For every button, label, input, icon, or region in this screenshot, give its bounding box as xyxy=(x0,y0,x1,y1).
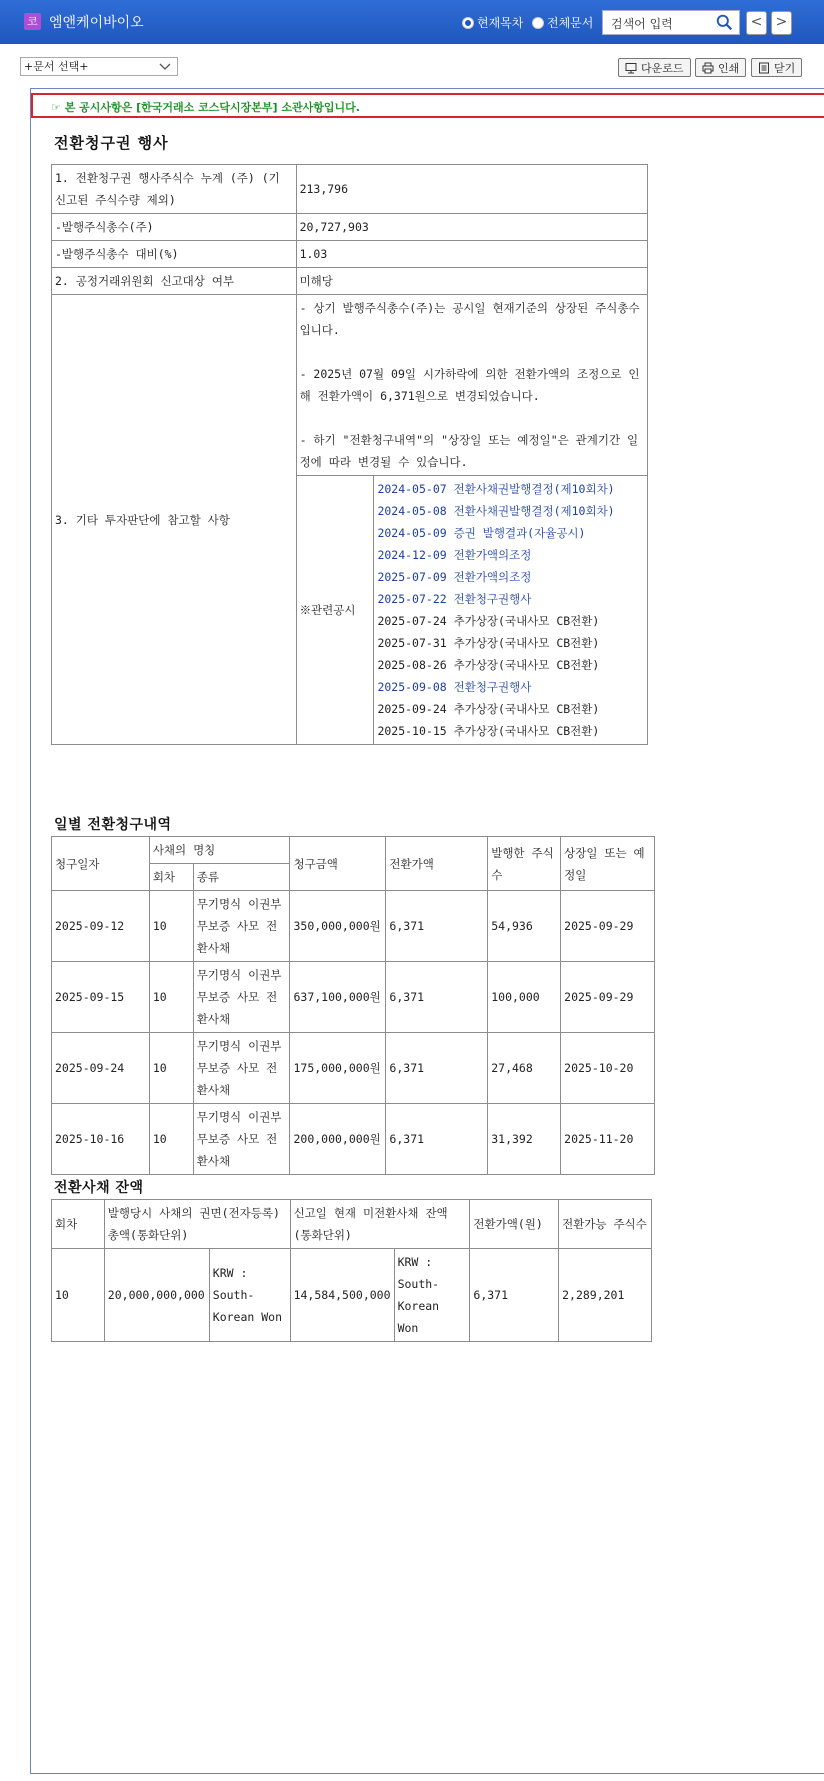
related-link[interactable]: 2024-05-08 전환사채권발행결정(제10회차) xyxy=(377,500,644,522)
row-label: 3. 기타 투자판단에 참고할 사항 xyxy=(52,295,297,745)
row-value: 20,727,903 xyxy=(296,214,647,241)
chevron-down-icon xyxy=(159,60,171,72)
cell-round: 10 xyxy=(149,891,193,962)
col-header-bond-name: 사채의 명칭 xyxy=(149,837,290,864)
related-link[interactable]: 2024-05-09 증권 발행결과(자율공시) xyxy=(377,522,644,544)
cb-balance-table: 회차 발행당시 사채의 권면(전자등록)총액(통화단위) 신고일 현재 미전환사… xyxy=(51,1199,652,1342)
cell-round: 10 xyxy=(52,1249,105,1342)
search-icon[interactable] xyxy=(716,14,733,31)
cell-price: 6,371 xyxy=(386,1033,488,1104)
cell-amount: 637,100,000원 xyxy=(290,962,386,1033)
cell-issued-currency: KRW : South-Korean Won xyxy=(209,1249,290,1342)
row-value: 미해당 xyxy=(296,268,647,295)
cell-remaining-currency: KRW : South-Korean Won xyxy=(394,1249,470,1342)
header-row: 청구일자 사채의 명칭 청구금액 전환가액 발행한 주식수 상장일 또는 예정일 xyxy=(52,837,655,864)
row-label: -발행주식총수(주) xyxy=(52,214,297,241)
row-label: 1. 전환청구권 행사주식수 누계 (주) (기 신고된 주식수량 제외) xyxy=(52,165,297,214)
table-row: 2. 공정거래위원회 신고대상 여부 미해당 xyxy=(52,268,648,295)
table-row: 2025-09-24 10 무기명식 이권부 무보증 사모 전환사채 175,0… xyxy=(52,1033,655,1104)
print-label: 인쇄 xyxy=(718,60,739,76)
row-value: 1.03 xyxy=(296,241,647,268)
radio-current-icon[interactable] xyxy=(462,17,474,29)
cell-round: 10 xyxy=(149,962,193,1033)
col-header-date: 청구일자 xyxy=(52,837,150,891)
cell-price: 6,371 xyxy=(386,1104,488,1175)
notes-cell: - 상기 발행주식총수(주)는 공시일 현재기준의 상장된 주식총수입니다. -… xyxy=(296,295,647,476)
related-list: 2024-05-07 전환사채권발행결정(제10회차) 2024-05-08 전… xyxy=(374,476,648,745)
top-bar: 코 엠앤케이바이오 현재목차 전체문서 검색어 입력 < > xyxy=(0,0,824,44)
printer-icon xyxy=(702,62,714,74)
cell-listing: 2025-10-20 xyxy=(561,1033,655,1104)
download-button[interactable]: 다운로드 xyxy=(618,58,691,77)
cell-round: 10 xyxy=(149,1104,193,1175)
notice-text: ☞ 본 공시사항은 [한국거래소 코스닥시장본부] 소관사항입니다. xyxy=(51,99,360,115)
col-header-price: 전환가액(원) xyxy=(470,1200,559,1249)
cell-date: 2025-10-16 xyxy=(52,1104,150,1175)
related-item: 2025-07-31 추가상장(국내사모 CB전환) xyxy=(377,632,644,654)
search-input[interactable]: 검색어 입력 xyxy=(602,10,740,35)
col-header-listing: 상장일 또는 예정일 xyxy=(561,837,655,891)
cell-shares: 27,468 xyxy=(488,1033,561,1104)
cell-round: 10 xyxy=(149,1033,193,1104)
cell-price: 6,371 xyxy=(386,962,488,1033)
cell-shares: 31,392 xyxy=(488,1104,561,1175)
cell-convertible: 2,289,201 xyxy=(559,1249,652,1342)
next-result-button[interactable]: > xyxy=(771,11,792,35)
col-header-price: 전환가액 xyxy=(386,837,488,891)
table-row: 3. 기타 투자판단에 참고할 사항 - 상기 발행주식총수(주)는 공시일 현… xyxy=(52,295,648,476)
daily-claims-table: 청구일자 사채의 명칭 청구금액 전환가액 발행한 주식수 상장일 또는 예정일… xyxy=(51,836,655,1175)
document-select-value: +문서 선택+ xyxy=(24,60,88,73)
col-header-round: 회차 xyxy=(149,864,193,891)
cell-date: 2025-09-15 xyxy=(52,962,150,1033)
download-label: 다운로드 xyxy=(641,60,684,76)
section-title-cb-balance: 전환사채 잔액 xyxy=(54,1177,144,1197)
section-title-daily-claims: 일별 전환청구내역 xyxy=(54,814,172,834)
table-row: -발행주식총수(주) 20,727,903 xyxy=(52,214,648,241)
cell-listing: 2025-09-29 xyxy=(561,891,655,962)
related-item: 2025-08-26 추가상장(국내사모 CB전환) xyxy=(377,654,644,676)
related-item: 2025-10-15 추가상장(국내사모 CB전환) xyxy=(377,720,644,742)
table-row: 2025-09-15 10 무기명식 이권부 무보증 사모 전환사채 637,1… xyxy=(52,962,655,1033)
radio-all-icon[interactable] xyxy=(532,17,544,29)
col-header-convertible: 전환가능 주식수 xyxy=(559,1200,652,1249)
cell-shares: 54,936 xyxy=(488,891,561,962)
col-header-remaining: 신고일 현재 미전환사채 잔액 (통화단위) xyxy=(290,1200,470,1249)
close-button[interactable]: 닫기 xyxy=(751,58,802,77)
monitor-icon xyxy=(625,62,637,74)
col-header-amount: 청구금액 xyxy=(290,837,386,891)
related-item: 2025-09-24 추가상장(국내사모 CB전환) xyxy=(377,698,644,720)
cell-issued-amount: 20,000,000,000 xyxy=(104,1249,209,1342)
print-button[interactable]: 인쇄 xyxy=(695,58,746,77)
note: - 상기 발행주식총수(주)는 공시일 현재기준의 상장된 주식총수입니다. xyxy=(300,297,644,341)
table-row: 2025-10-16 10 무기명식 이권부 무보증 사모 전환사채 200,0… xyxy=(52,1104,655,1175)
header-row: 회차 발행당시 사채의 권면(전자등록)총액(통화단위) 신고일 현재 미전환사… xyxy=(52,1200,652,1249)
related-link[interactable]: 2025-07-09 전환가액의조정 xyxy=(377,566,644,588)
table-row: 2025-09-12 10 무기명식 이권부 무보증 사모 전환사채 350,0… xyxy=(52,891,655,962)
radio-current-label: 현재목차 xyxy=(477,14,523,31)
cell-type: 무기명식 이권부 무보증 사모 전환사채 xyxy=(193,1033,290,1104)
company-logo-icon: 코 xyxy=(24,13,41,30)
section-title-conversion-exercise: 전환청구권 행사 xyxy=(54,132,169,153)
related-item: 2025-07-24 추가상장(국내사모 CB전환) xyxy=(377,610,644,632)
cell-price: 6,371 xyxy=(470,1249,559,1342)
document-select[interactable]: +문서 선택+ xyxy=(20,57,178,76)
cell-amount: 200,000,000원 xyxy=(290,1104,386,1175)
col-header-type: 종류 xyxy=(193,864,290,891)
radio-all-documents[interactable]: 전체문서 xyxy=(532,14,593,31)
document-icon xyxy=(758,62,770,74)
cell-listing: 2025-11-20 xyxy=(561,1104,655,1175)
cell-remaining-amount: 14,584,500,000 xyxy=(290,1249,394,1342)
cell-amount: 350,000,000원 xyxy=(290,891,386,962)
conversion-summary-table: 1. 전환청구권 행사주식수 누계 (주) (기 신고된 주식수량 제외) 21… xyxy=(51,164,648,745)
cell-amount: 175,000,000원 xyxy=(290,1033,386,1104)
related-label: ※관련공시 xyxy=(296,476,374,745)
related-link[interactable]: 2025-07-22 전환청구권행사 xyxy=(377,588,644,610)
cell-price: 6,371 xyxy=(386,891,488,962)
cell-shares: 100,000 xyxy=(488,962,561,1033)
col-header-shares: 발행한 주식수 xyxy=(488,837,561,891)
col-header-issued: 발행당시 사채의 권면(전자등록)총액(통화단위) xyxy=(104,1200,290,1249)
search-placeholder: 검색어 입력 xyxy=(611,15,673,32)
row-label: 2. 공정거래위원회 신고대상 여부 xyxy=(52,268,297,295)
table-row: -발행주식총수 대비(%) 1.03 xyxy=(52,241,648,268)
cell-type: 무기명식 이권부 무보증 사모 전환사채 xyxy=(193,1104,290,1175)
note: - 2025년 07월 09일 시가하락에 의한 전환가액의 조정으로 인해 전… xyxy=(300,363,644,407)
table-row: 10 20,000,000,000 KRW : South-Korean Won… xyxy=(52,1249,652,1342)
related-link[interactable]: 2025-09-08 전환청구권행사 xyxy=(377,676,644,698)
row-label: -발행주식총수 대비(%) xyxy=(52,241,297,268)
cell-date: 2025-09-12 xyxy=(52,891,150,962)
col-header-round: 회차 xyxy=(52,1200,105,1249)
note: - 하기 "전환청구내역"의 "상장일 또는 예정일"은 관계기간 일정에 따라… xyxy=(300,429,644,473)
cell-type: 무기명식 이권부 무보증 사모 전환사채 xyxy=(193,962,290,1033)
notice-banner: ☞ 본 공시사항은 [한국거래소 코스닥시장본부] 소관사항입니다. xyxy=(31,93,824,118)
cell-listing: 2025-09-29 xyxy=(561,962,655,1033)
company-name: 엠앤케이바이오 xyxy=(49,12,144,32)
prev-result-button[interactable]: < xyxy=(746,11,767,35)
related-link[interactable]: 2024-05-07 전환사채권발행결정(제10회차) xyxy=(377,478,644,500)
cell-type: 무기명식 이권부 무보증 사모 전환사채 xyxy=(193,891,290,962)
radio-current-section[interactable]: 현재목차 xyxy=(462,14,523,31)
close-label: 닫기 xyxy=(774,60,795,76)
radio-all-label: 전체문서 xyxy=(547,14,593,31)
row-value: 213,796 xyxy=(296,165,647,214)
cell-date: 2025-09-24 xyxy=(52,1033,150,1104)
table-row: 1. 전환청구권 행사주식수 누계 (주) (기 신고된 주식수량 제외) 21… xyxy=(52,165,648,214)
related-link[interactable]: 2024-12-09 전환가액의조정 xyxy=(377,544,644,566)
